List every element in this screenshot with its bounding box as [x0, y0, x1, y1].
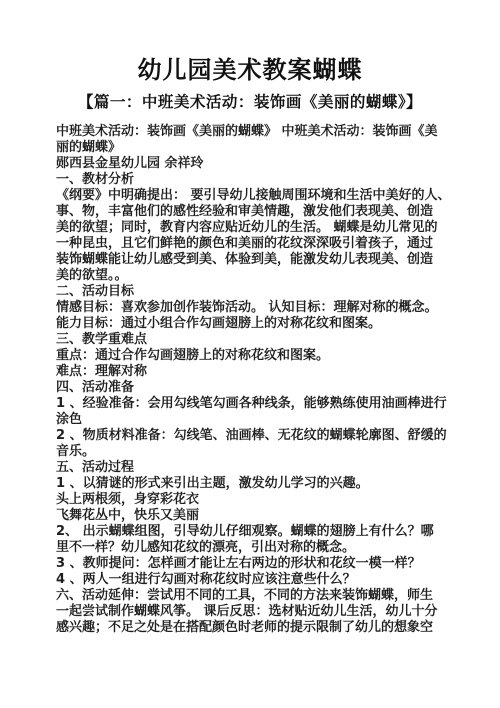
text-line: 音乐。	[56, 444, 450, 460]
document-body: 中班美术活动：装饰画《美丽的蝴蝶》 中班美术活动：装饰画《美丽的蝴蝶》郧西县金星…	[56, 124, 450, 636]
text-line: 1 、以猜谜的形式来引出主题，激发幼儿学习的兴趣。	[56, 476, 450, 492]
section-heading: 【篇一：中班美术活动：装饰画《美丽的蝴蝶》】	[0, 92, 500, 112]
text-line: 情感目标：喜欢参加创作装饰活动。 认知目标：理解对称的概念。	[56, 300, 450, 316]
text-line: 里不一样？幼儿感知花纹的漂亮，引出对称的概念。	[56, 540, 450, 556]
text-line: 涂色	[56, 412, 450, 428]
text-line: 4 、两人一组进行勾画对称花纹时应该注意些什么？	[56, 572, 450, 588]
text-line: 郧西县金星幼儿园 余祥玲	[56, 156, 450, 172]
text-line: 三、教学重难点	[56, 332, 450, 348]
text-line: 一、教材分析	[56, 172, 450, 188]
text-line: 2、 出示蝴蝶组图，引导幼儿仔细观察。蝴蝶的翅膀上有什么？哪	[56, 524, 450, 540]
text-line: 飞舞花丛中，快乐又美丽	[56, 508, 450, 524]
text-line: 四、活动准备	[56, 380, 450, 396]
text-line: 2 、物质材料准备：勾线笔、油画棒、无花纹的蝴蝶轮廓图、舒缓的	[56, 428, 450, 444]
text-line: 装饰蝴蝶能让幼儿感受到美、体验到美，能激发幼儿表现美、创造	[56, 252, 450, 268]
text-line: 丽的蝴蝶》	[56, 140, 450, 156]
text-line: 难点：理解对称	[56, 364, 450, 380]
text-line: 一起尝试制作蝴蝶风筝。 课后反思：选材贴近幼儿生活，幼儿十分	[56, 604, 450, 620]
text-line: 五、活动过程	[56, 460, 450, 476]
text-line: 3 、教师提问：怎样画才能让左右两边的形状和花纹一模一样？	[56, 556, 450, 572]
text-line: 二、活动目标	[56, 284, 450, 300]
text-line: 美的欲望；同时，教育内容应贴近幼儿的生活。 蝴蝶是幼儿常见的	[56, 220, 450, 236]
text-line: 重点：通过合作勾画翅膀上的对称花纹和图案。	[56, 348, 450, 364]
text-line: 中班美术活动：装饰画《美丽的蝴蝶》 中班美术活动：装饰画《美	[56, 124, 450, 140]
document-title: 幼儿园美术教案蝴蝶	[0, 0, 500, 86]
text-line: 《纲要》中明确提出： 要引导幼儿接触周围环境和生活中美好的人、	[56, 188, 450, 204]
text-line: 头上两根须，身穿彩花衣	[56, 492, 450, 508]
text-line: 美的欲望。。	[56, 268, 450, 284]
text-line: 六、活动延伸：尝试用不同的工具，不同的方法来装饰蝴蝶，师生	[56, 588, 450, 604]
text-line: 1 、经验准备：会用勾线笔勾画各种线条，能够熟练使用油画棒进行	[56, 396, 450, 412]
text-line: 能力目标：通过小组合作勾画翅膀上的对称花纹和图案。	[56, 316, 450, 332]
text-line: 一种昆虫，且它们鲜艳的颜色和美丽的花纹深深吸引着孩子，通过	[56, 236, 450, 252]
document-page: 幼儿园美术教案蝴蝶 【篇一：中班美术活动：装饰画《美丽的蝴蝶》】 中班美术活动：…	[0, 0, 500, 708]
text-line: 事、物，丰富他们的感性经验和审美情趣，激发他们表现美、创造	[56, 204, 450, 220]
text-line: 感兴趣；不足之处是在搭配颜色时老师的提示限制了幼儿的想象空	[56, 620, 450, 636]
